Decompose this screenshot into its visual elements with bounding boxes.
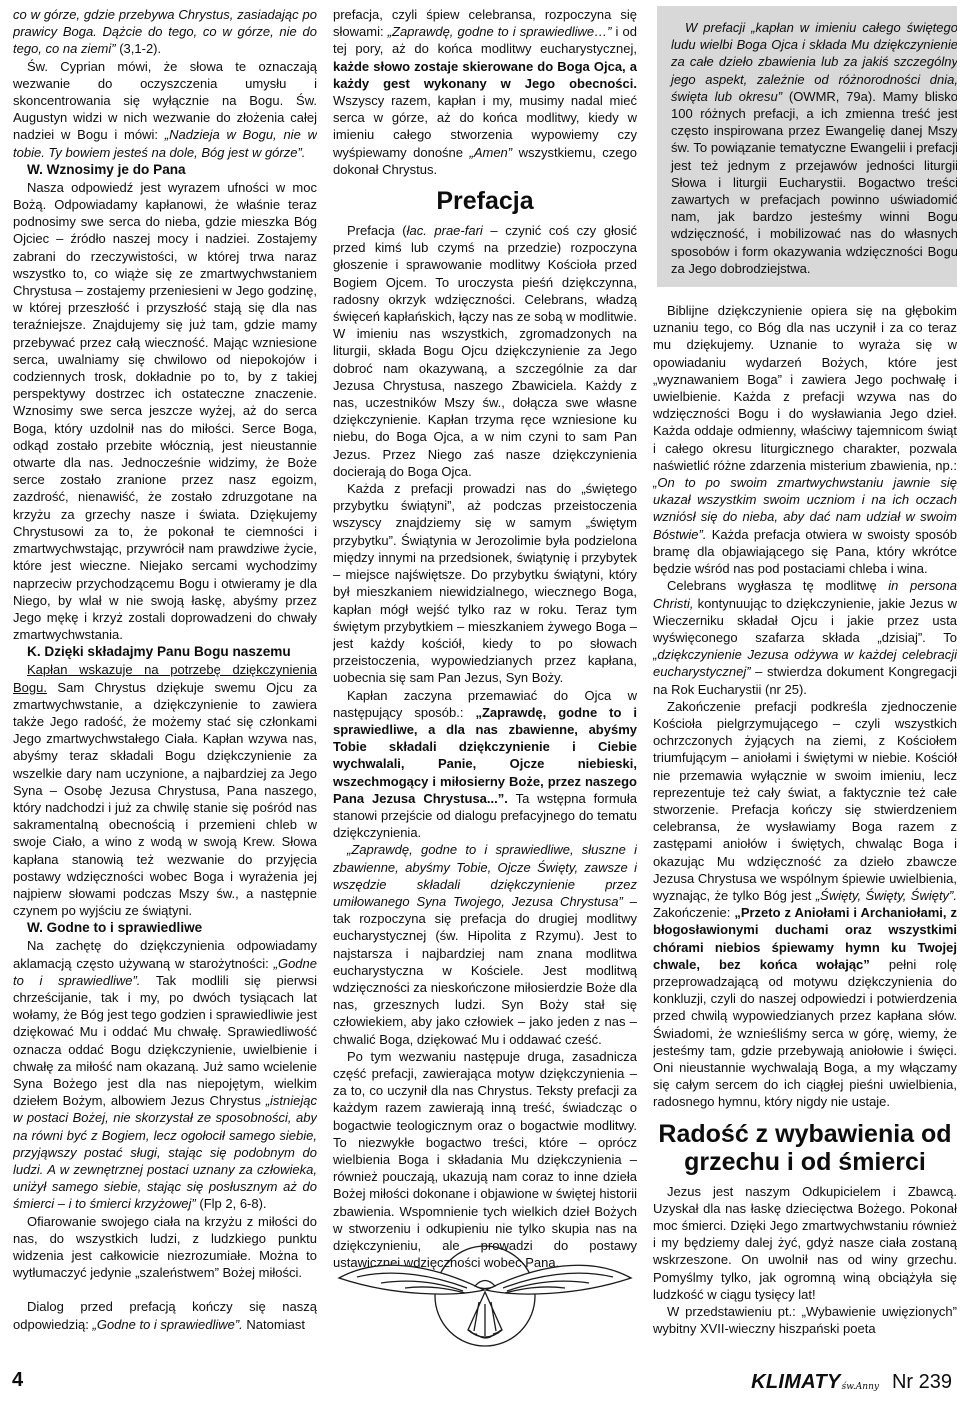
paragraph: Na zachętę do dziękczynienia odpowiadamy… — [13, 937, 317, 1212]
text-run: Sam Chrystus dziękuje swemu Ojcu za zmar… — [13, 680, 317, 919]
paragraph: Prefacja (łac. prae-fari – czynić coś cz… — [333, 222, 637, 480]
paragraph: W przedstawieniu pt.: „Wybawienie uwięzi… — [653, 1303, 957, 1337]
column-2: prefacja, czyli śpiew celebransa, rozpoc… — [333, 6, 637, 1358]
issue-number: Nr 239 — [892, 1371, 952, 1394]
text-run: „Godne to i sprawiedliwe”. — [93, 1317, 243, 1332]
text-run: „Zaprawdę, godne to i sprawiedliwe…” — [388, 24, 612, 39]
text-run: każde słowo zostaje skierowane do Boga O… — [333, 59, 637, 91]
paragraph: Celebrans wygłasza tę modlitwę in person… — [653, 577, 957, 697]
paragraph: Kapłan wskazuje na potrzebę dziękczynien… — [13, 661, 317, 919]
text-run: Każda z prefacji prowadzi nas do „święte… — [333, 481, 637, 685]
heading-radosc: Radość z wybawienia od grzechu i od śmie… — [653, 1120, 957, 1176]
paragraph: Dialog przed prefacją kończy się naszą o… — [13, 1298, 317, 1332]
text-run: – czynić coś czy głosić przed kimś lub c… — [333, 223, 637, 479]
paragraph: Kapłan zaczyna przemawiać do Ojca w nast… — [333, 687, 637, 842]
paragraph: prefacja, czyli śpiew celebransa, rozpoc… — [333, 6, 637, 178]
paragraph: Każda z prefacji prowadzi nas do „święte… — [333, 480, 637, 686]
text-run: Natomiast — [243, 1317, 305, 1332]
inline-heading: W. Godne to i sprawiedliwe — [13, 919, 317, 937]
column-3: W prefacji „kapłan w imieniu całego świę… — [653, 6, 957, 1358]
text-run: „Zaprawdę, godne to i sprawiedliwe, słus… — [333, 842, 637, 909]
text-run: (Flp 2, 6-8). — [196, 1196, 267, 1211]
text-run: Tak modlili się pierwsi chrześcijanie, t… — [13, 973, 317, 1108]
paragraph: Biblijne dziękczynienie opiera się na gł… — [653, 302, 957, 577]
text-run: kontynuując to dziękczynienie, jakie Jez… — [653, 596, 957, 645]
text-run: Nasza odpowiedź jest wyrazem ufności w m… — [13, 180, 317, 642]
text-run: „istniejąc w postaci Bożej, nie skorzyst… — [13, 1093, 317, 1211]
text-run: co w górze, gdzie przebywa Chrystus, zas… — [13, 7, 317, 56]
text-run: „Święty, Święty, Święty”. — [816, 888, 957, 903]
text-run: łac. prae-fari — [407, 223, 483, 238]
text-run: Celebrans wygłasza tę modlitwę — [667, 578, 888, 593]
text-run: Na zachętę do dziękczynienia odpowiadamy… — [13, 938, 317, 970]
text-run: Prefacja ( — [347, 223, 407, 238]
column-1: ▶co w górze, gdzie przebywa Chrystus, za… — [13, 6, 317, 1358]
page: { "page": { "number": "4", "brand": "KLI… — [0, 0, 960, 1401]
paragraph: „Zaprawdę, godne to i sprawiedliwe, słus… — [333, 841, 637, 1047]
text-run: pełni rolę przeprowadzającą od motywu dz… — [653, 957, 957, 1110]
highlight-box: W prefacji „kapłan w imieniu całego świę… — [657, 6, 957, 287]
paragraph: Ofiarowanie swojego ciała na krzyżu z mi… — [13, 1213, 317, 1282]
inline-heading: K. Dzięki składajmy Panu Bogu naszemu — [13, 643, 317, 661]
brand-suffix: św.Anny — [842, 1382, 879, 1392]
paragraph: Nasza odpowiedź jest wyrazem ufności w m… — [13, 179, 317, 643]
text-run: W przedstawieniu pt.: „Wybawienie uwięzi… — [653, 1304, 957, 1336]
text-run: – tak rozpoczyna się prefacja do drugiej… — [333, 894, 637, 1047]
content-columns: ▶co w górze, gdzie przebywa Chrystus, za… — [13, 6, 957, 1358]
paragraph: ▶co w górze, gdzie przebywa Chrystus, za… — [13, 6, 317, 58]
text-run: Jezus jest naszym Odkupicielem i Zbawcą.… — [653, 1184, 957, 1302]
text-run: (OWMR, 79a). Mamy blisko 100 różnych pre… — [671, 89, 957, 276]
page-number: 4 — [12, 1369, 23, 1392]
footer-brand: KLIMATY św.Anny Nr 239 — [751, 1371, 952, 1394]
paragraph: W prefacji „kapłan w imieniu całego świę… — [671, 19, 957, 277]
text-run: „Amen” — [469, 145, 512, 160]
inline-heading: W. Wznosimy je do Pana — [13, 161, 317, 179]
text-run: Zakończenie prefacji podkreśla zjednocze… — [653, 699, 957, 903]
dove-in-circle-icon — [335, 1234, 635, 1352]
brand-logo: KLIMATY — [751, 1371, 841, 1394]
text-run: Biblijne dziękczynienie opiera się na gł… — [653, 303, 957, 473]
bird-illustration — [333, 1234, 637, 1356]
heading-prefacja: Prefacja — [333, 187, 637, 215]
text-run: Ofiarowanie swojego ciała na krzyżu z mi… — [13, 1214, 317, 1281]
paragraph: Zakończenie prefacji podkreśla zjednocze… — [653, 698, 957, 1111]
text-run: Zakończenie: — [653, 905, 734, 920]
paragraph: Św. Cyprian mówi, że słowa te oznaczają … — [13, 58, 317, 161]
text-run: (3,1-2). — [119, 41, 161, 56]
paragraph: Jezus jest naszym Odkupicielem i Zbawcą.… — [653, 1183, 957, 1303]
